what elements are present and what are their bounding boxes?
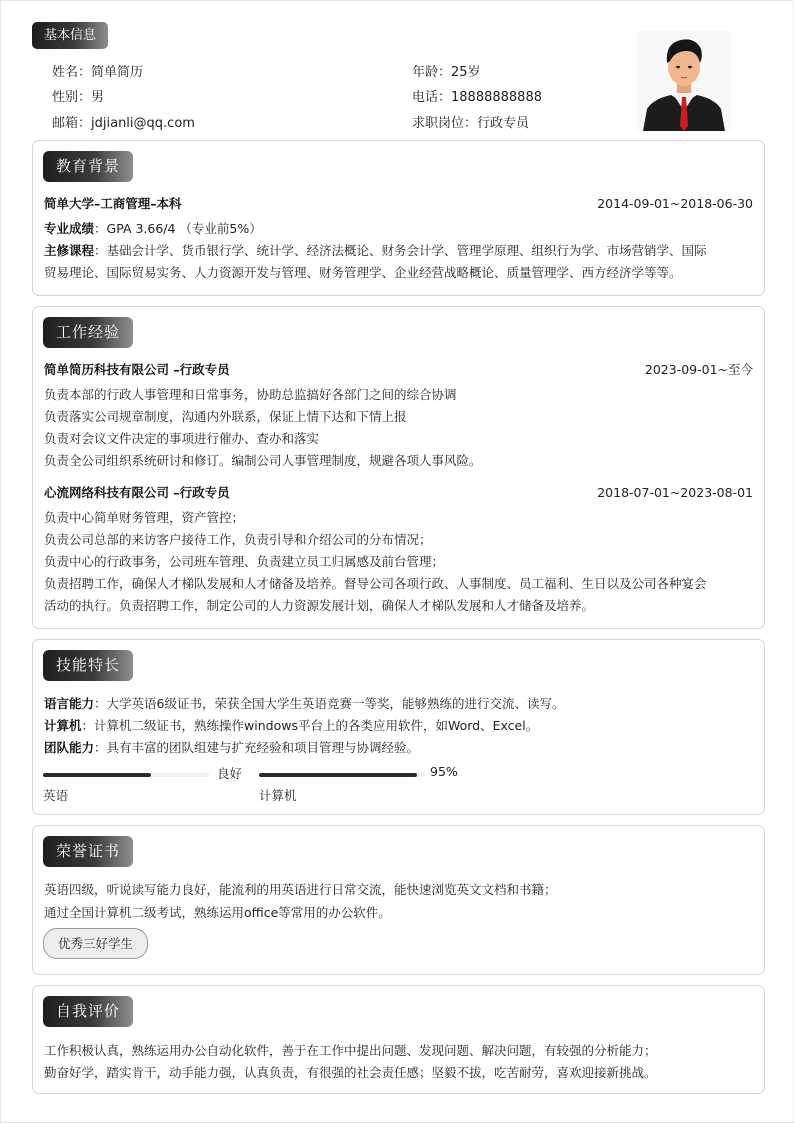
job-2-period: 2018-07-01~2023-08-01 <box>597 482 753 504</box>
job-label: 求职岗位： <box>412 116 477 131</box>
score-value: ：GPA 3.66/4 （专业前5%） <box>94 221 262 236</box>
computer-progress-fill <box>259 773 417 777</box>
age-field: 年龄：25岁 <box>412 61 481 80</box>
section-title-skills: 技能特长 <box>43 650 133 681</box>
education-score: 专业成绩：GPA 3.66/4 （专业前5%） <box>44 218 753 240</box>
skill-text: ：具有丰富的团队组建与扩充经验和项目管理与协调经验。 <box>94 740 419 755</box>
skill-label: 团队能力 <box>44 740 94 755</box>
skill-label: 计算机 <box>44 718 82 733</box>
section-title-honors: 荣誉证书 <box>43 836 133 867</box>
section-title-education: 教育背景 <box>43 151 133 182</box>
self-evaluation-line: 工作积极认真，熟练运用办公自动化软件，善于在工作中提出问题、发现问题、解决问题，… <box>44 1040 753 1062</box>
resume-page: 基本信息 姓名：简单简历 性别：男 邮箱：jdjianli@qq.com 年龄：… <box>0 0 794 1123</box>
self-evaluation-section: 自我评价 工作积极认真，熟练运用办公自动化软件，善于在工作中提出问题、发现问题、… <box>32 985 765 1094</box>
age-label: 年龄： <box>412 65 451 80</box>
phone-label: 电话： <box>412 90 451 105</box>
education-period: 2014-09-01~2018-06-30 <box>597 193 753 215</box>
skill-text: ：计算机二级证书，熟练操作windows平台上的各类应用软件，如Word、Exc… <box>82 718 539 733</box>
gender-field: 性别：男 <box>52 86 104 105</box>
skill-label: 语言能力 <box>44 696 94 711</box>
education-section: 教育背景 简单大学–工商管理–本科 2014-09-01~2018-06-30 … <box>32 140 765 296</box>
section-title-basic-info: 基本信息 <box>32 22 108 49</box>
company-name: 简单简历科技有限公司 –行政专员 <box>44 362 230 377</box>
email-label: 邮箱： <box>52 116 91 131</box>
job-2-duty: 负责公司总部的来访客户接待工作，负责引导和介绍公司的分布情况； <box>44 529 753 551</box>
skill-item: 计算机：计算机二级证书，熟练操作windows平台上的各类应用软件，如Word、… <box>44 715 753 737</box>
skill-item: 语言能力：大学英语6级证书，荣获全国大学生英语竞赛一等奖，能够熟练的进行交流、读… <box>44 693 753 715</box>
english-level: 良好 <box>217 764 242 782</box>
name-field: 姓名：简单简历 <box>52 61 143 80</box>
company-name: 心流网络科技有限公司 –行政专员 <box>44 485 230 500</box>
courses-label: 主修课程 <box>44 243 94 258</box>
school-name: 简单大学–工商管理–本科 <box>44 196 182 211</box>
score-label: 专业成绩 <box>44 221 94 236</box>
english-progress-bar <box>43 773 209 777</box>
job-1-duty: 负责对会议文件决定的事项进行催办、查办和落实 <box>44 428 753 450</box>
gender-label: 性别： <box>52 90 91 105</box>
job-field: 求职岗位：行政专员 <box>412 112 529 131</box>
computer-label: 计算机 <box>259 786 297 804</box>
job-1-duty: 负责落实公司规章制度，沟通内外联系，保证上情下达和下情上报 <box>44 406 753 428</box>
education-courses-line-2: 贸易理论、国际贸易实务、人力资源开发与管理、财务管理学、企业经营战略概论、质量管… <box>44 262 753 284</box>
self-evaluation-line: 勤奋好学，踏实肯干，动手能力强，认真负责，有很强的社会责任感；坚毅不拔，吃苦耐劳… <box>44 1062 753 1084</box>
english-progress-fill <box>43 773 151 777</box>
section-title-self-evaluation: 自我评价 <box>43 996 133 1027</box>
work-section: 工作经验 简单简历科技有限公司 –行政专员 2023-09-01~至今 负责本部… <box>32 306 765 629</box>
job-value: 行政专员 <box>477 116 529 131</box>
skill-text: ：大学英语6级证书，荣获全国大学生英语竞赛一等奖，能够熟练的进行交流、读写。 <box>94 696 564 711</box>
section-title-work: 工作经验 <box>43 317 133 348</box>
honors-section: 荣誉证书 英语四级，听说读写能力良好，能流利的用英语进行日常交流，能快速浏览英文… <box>32 825 765 975</box>
gender-value: 男 <box>91 90 104 105</box>
avatar-photo <box>637 31 731 131</box>
english-label: 英语 <box>43 786 68 804</box>
job-2-duty: 负责中心简单财务管理，资产管控； <box>44 507 753 529</box>
email-field: 邮箱：jdjianli@qq.com <box>52 112 195 131</box>
computer-progress-bar <box>259 773 425 777</box>
avatar-person-icon <box>637 31 731 131</box>
age-value: 25岁 <box>451 65 481 80</box>
job-2-duty: 活动的执行。负责招聘工作，制定公司的人力资源发展计划，确保人才梯队发展和人才储备… <box>44 595 753 617</box>
honor-badge: 优秀三好学生 <box>43 928 148 959</box>
courses-value: ：基础会计学、货币银行学、统计学、经济法概论、财务会计学、管理学原理、组织行为学… <box>94 243 707 258</box>
phone-field: 电话：18888888888 <box>412 86 542 105</box>
honor-line: 通过全国计算机二级考试，熟练运用office等常用的办公软件。 <box>44 902 753 924</box>
name-value: 简单简历 <box>91 65 143 80</box>
job-1-period: 2023-09-01~至今 <box>645 359 753 381</box>
job-1-duty: 负责全公司组织系统研讨和修订。编制公司人事管理制度，规避各项人事风险。 <box>44 450 753 472</box>
job-2-duty: 负责招聘工作，确保人才梯队发展和人才储备及培养。督导公司各项行政、人事制度、员工… <box>44 573 753 595</box>
email-value[interactable]: jdjianli@qq.com <box>91 116 195 131</box>
computer-level: 95% <box>430 764 458 779</box>
name-label: 姓名： <box>52 65 91 80</box>
job-2-duty: 负责中心的行政事务，公司班车管理、负责建立员工归属感及前台管理； <box>44 551 753 573</box>
skill-item: 团队能力：具有丰富的团队组建与扩充经验和项目管理与协调经验。 <box>44 737 753 759</box>
job-1-duty: 负责本部的行政人事管理和日常事务，协助总监搞好各部门之间的综合协调 <box>44 384 753 406</box>
skills-section: 技能特长 语言能力：大学英语6级证书，荣获全国大学生英语竞赛一等奖，能够熟练的进… <box>32 639 765 815</box>
education-courses-line-1: 主修课程：基础会计学、货币银行学、统计学、经济法概论、财务会计学、管理学原理、组… <box>44 240 753 262</box>
honor-line: 英语四级，听说读写能力良好，能流利的用英语进行日常交流，能快速浏览英文文档和书籍… <box>44 879 753 901</box>
phone-value: 18888888888 <box>451 90 542 105</box>
